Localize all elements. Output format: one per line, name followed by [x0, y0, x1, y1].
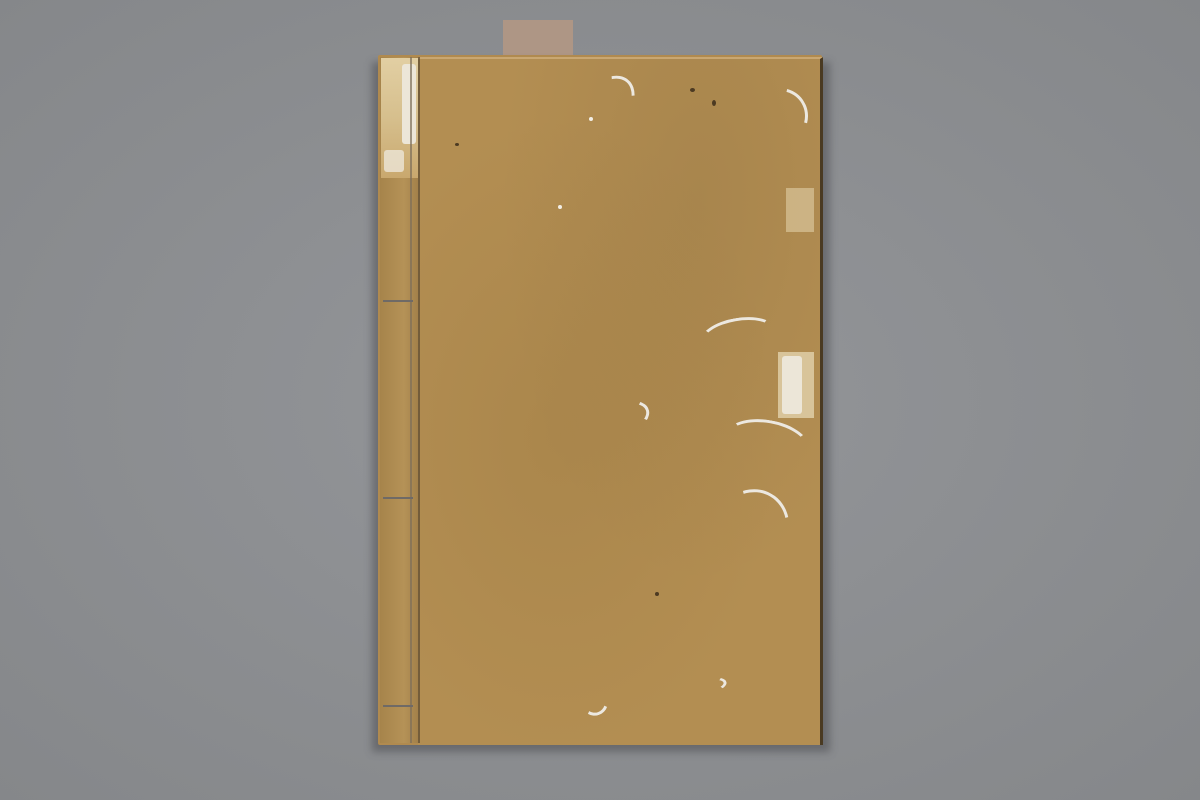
- white-speck: [558, 205, 562, 209]
- dark-speck: [455, 143, 459, 146]
- dark-speck: [655, 592, 659, 596]
- binding-thread-line: [410, 57, 412, 743]
- binding-stitch: [383, 705, 413, 707]
- binding-stitch: [383, 300, 413, 302]
- torn-paper-patch: [384, 150, 404, 172]
- color-tab-marker: [503, 20, 573, 56]
- dark-speck: [690, 88, 695, 92]
- book-cover: [418, 57, 823, 745]
- white-speck: [589, 117, 593, 121]
- cover-fold-line: [418, 57, 420, 743]
- binding-stitch: [383, 497, 413, 499]
- torn-edge-paper: [782, 356, 802, 414]
- dark-speck: [712, 100, 716, 106]
- torn-edge-patch: [786, 188, 814, 232]
- torn-paper-patch: [402, 64, 416, 144]
